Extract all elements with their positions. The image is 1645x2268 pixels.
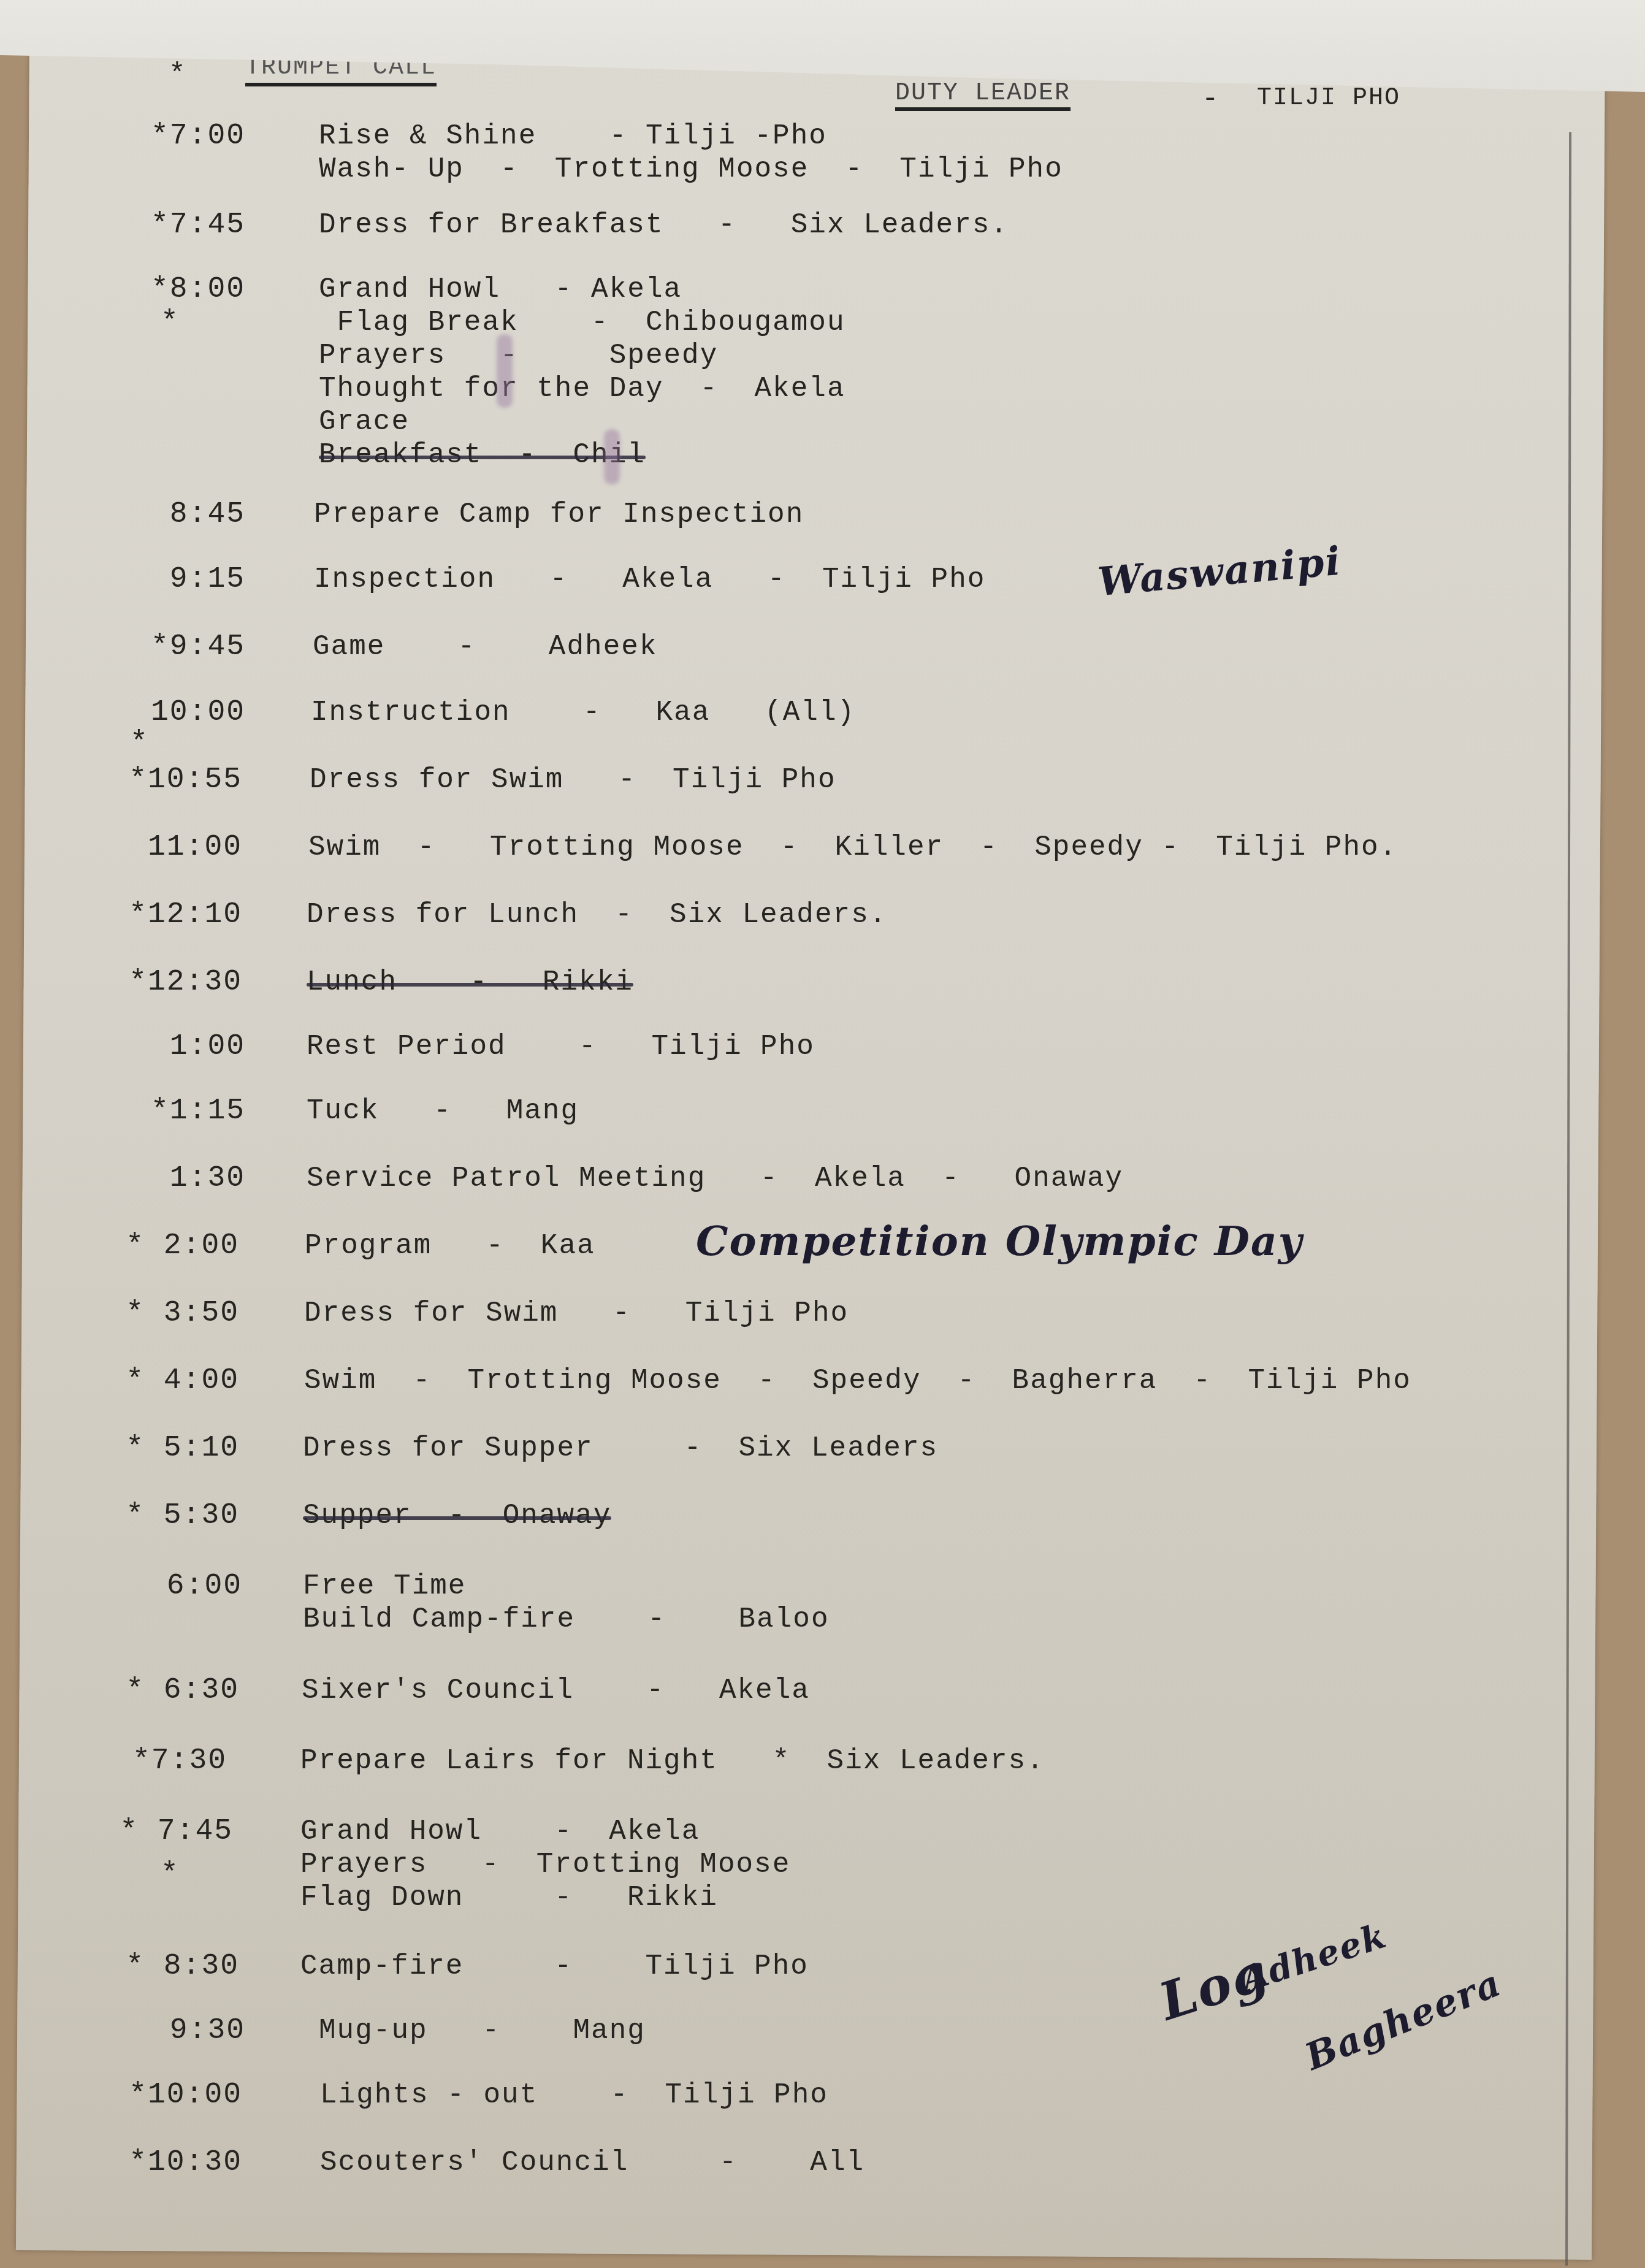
entry-time: 9:15 (92, 563, 245, 596)
entry-time: *8:00 (92, 273, 245, 306)
activity-line-struck: Breakfast - Chil (319, 438, 845, 472)
activity-line: Game - Adheek (313, 630, 658, 663)
activity-text: Tuck - Mang (307, 1095, 579, 1127)
activity-text: Rise & Shine - Tilji -Pho (319, 120, 827, 152)
entry-time: 8:45 (92, 498, 245, 531)
activity-line: Swim - Trotting Moose - Speedy - Bagherr… (304, 1364, 1411, 1397)
activity-text: Service Patrol Meeting - Akela - Onaway (307, 1163, 1123, 1194)
activity-line: Service Patrol Meeting - Akela - Onaway (307, 1162, 1123, 1195)
entry-activities: Service Patrol Meeting - Akela - Onaway (307, 1162, 1123, 1195)
entry-time: 6:00 (89, 1570, 242, 1603)
entry-activities: Dress for Swim - Tilji Pho (310, 763, 836, 796)
activity-text: Sixer's Council - Akela (302, 1674, 810, 1706)
activity-text: Mug-up - Mang (319, 2015, 646, 2047)
entry-activities: Mug-up - Mang (319, 2014, 646, 2047)
activity-line: Scouters' Council - All (320, 2146, 864, 2179)
activity-text: Camp-fire - Tilji Pho (300, 1950, 809, 1982)
entry-activities: Instruction - Kaa (All) (311, 696, 855, 729)
activity-line: Swim - Trotting Moose - Killer - Speedy … (308, 831, 1397, 864)
entry-time: 1:30 (92, 1162, 245, 1195)
entry-time: *9:45 (92, 630, 245, 663)
activity-text: Game - Adheek (313, 631, 658, 663)
entry-time: *10:00 (89, 2079, 242, 2112)
activity-text: Build Camp-fire - Baloo (303, 1603, 830, 1635)
activity-line: Program - Kaa (305, 1229, 595, 1262)
entry-extra-marker: * (130, 727, 149, 760)
entry-activities: Inspection - Akela - Tilji Pho (314, 563, 985, 596)
activity-line: Prepare Lairs for Night * Six Leaders. (300, 1744, 1045, 1777)
schedule-page: * TRUMPET CALL DUTY LEADER - TILJI PHO *… (0, 0, 1645, 2268)
entry-activities: Dress for Supper - Six Leaders (303, 1432, 938, 1465)
activity-text: Free Time (303, 1570, 466, 1602)
entry-activities: Supper - Onaway (303, 1499, 611, 1532)
activity-text: Supper - Onaway (303, 1499, 611, 1532)
activity-text: Prayers - Speedy (319, 340, 718, 372)
activity-line: Dress for Breakfast - Six Leaders. (319, 208, 1009, 242)
activity-text: Prayers - Trotting Moose (300, 1849, 790, 1880)
activity-text: Dress for Lunch - Six Leaders. (307, 899, 887, 931)
handwritten-signoff-bagheera: Bagheera (1299, 1961, 1508, 2079)
entry-activities: Prepare Camp for Inspection (314, 498, 804, 531)
entry-time: * 5:30 (86, 1499, 239, 1532)
activity-line: Thought for the Day - Akela (319, 372, 845, 405)
entry-time: *7:45 (92, 208, 245, 242)
entry-time: 9:30 (92, 2014, 245, 2047)
activity-text: Prepare Lairs for Night * Six Leaders. (300, 1745, 1045, 1777)
activity-text: Swim - Trotting Moose - Killer - Speedy … (308, 831, 1397, 863)
entry-time: 1:00 (92, 1030, 245, 1063)
activity-text: Program - Kaa (305, 1230, 595, 1262)
entry-time: *10:55 (89, 763, 242, 796)
activity-line: Prepare Camp for Inspection (314, 498, 804, 531)
activity-line: Dress for Swim - Tilji Pho (304, 1297, 849, 1330)
activity-line: Mug-up - Mang (319, 2014, 646, 2047)
entry-time: * 7:45 (80, 1815, 233, 1848)
entry-activities: Program - Kaa (305, 1229, 595, 1262)
entry-time: * 5:10 (86, 1432, 239, 1465)
activity-line: Rest Period - Tilji Pho (307, 1030, 815, 1063)
entry-time: * 6:30 (86, 1674, 239, 1707)
activity-line: Camp-fire - Tilji Pho (300, 1950, 809, 1983)
duty-leader-heading: DUTY LEADER (895, 80, 1071, 111)
ink-smudge (497, 334, 513, 408)
entry-time: 11:00 (89, 831, 242, 864)
entry-activities: Dress for Breakfast - Six Leaders. (319, 208, 1009, 242)
activity-text: Grand Howl - Akela (300, 1816, 700, 1847)
entry-activities: Dress for Lunch - Six Leaders. (307, 898, 887, 931)
activity-text: Instruction - Kaa (All) (311, 697, 855, 728)
entry-activities: Dress for Swim - Tilji Pho (304, 1297, 849, 1330)
entry-activities: Grand Howl - AkelaPrayers - Trotting Moo… (300, 1815, 790, 1914)
activity-line-struck: Lunch - Rikki (307, 966, 633, 999)
activity-text: Lights - out - Tilji Pho (320, 2079, 828, 2111)
entry-time: * 4:00 (86, 1364, 239, 1397)
activity-line: Rise & Shine - Tilji -Pho (319, 120, 1063, 153)
activity-text: Lunch - Rikki (307, 966, 633, 999)
activity-text: Grace (319, 406, 410, 438)
activity-text: Flag Break - Chibougamou (319, 307, 845, 338)
entry-activities: Prepare Lairs for Night * Six Leaders. (300, 1744, 1045, 1777)
entry-activities: Sixer's Council - Akela (302, 1674, 810, 1707)
activity-line: Prayers - Speedy (319, 339, 845, 372)
activity-line: Wash- Up - Trotting Moose - Tilji Pho (319, 153, 1063, 186)
entry-time: * 3:50 (86, 1297, 239, 1330)
activity-text: Thought for the Day - Akela (319, 373, 845, 405)
activity-text: Wash- Up - Trotting Moose - Tilji Pho (319, 153, 1063, 185)
activity-line: Free Time (303, 1570, 830, 1603)
activity-line: Lights - out - Tilji Pho (320, 2079, 828, 2112)
entry-time: *12:30 (89, 966, 242, 999)
activity-line: Dress for Swim - Tilji Pho (310, 763, 836, 796)
activity-line: Grace (319, 405, 845, 438)
entry-time: 10:00 (92, 696, 245, 729)
activity-text: Flag Down - Rikki (300, 1882, 718, 1914)
handwritten-signoff-adheek: Adheek (1236, 1915, 1392, 2001)
activity-line: Dress for Supper - Six Leaders (303, 1432, 938, 1465)
activity-line: Sixer's Council - Akela (302, 1674, 810, 1707)
entry-activities: Rest Period - Tilji Pho (307, 1030, 815, 1063)
entry-activities: Camp-fire - Tilji Pho (300, 1950, 809, 1983)
entry-time: *7:00 (92, 120, 245, 153)
entry-time: *1:15 (92, 1094, 245, 1128)
entry-activities: Swim - Trotting Moose - Killer - Speedy … (308, 831, 1397, 864)
entry-extra-marker: * (161, 306, 180, 339)
activity-text: Rest Period - Tilji Pho (307, 1031, 815, 1063)
entry-time: *10:30 (89, 2146, 242, 2179)
activity-line: Flag Break - Chibougamou (319, 306, 845, 339)
activity-line: Build Camp-fire - Baloo (303, 1603, 830, 1636)
handwritten-note-olympic-day: Competition Olympic Day (696, 1217, 1303, 1265)
entry-activities: Scouters' Council - All (320, 2146, 864, 2179)
activity-text: Breakfast - Chil (319, 438, 646, 472)
activity-text: Dress for Supper - Six Leaders (303, 1432, 938, 1464)
activity-text: Grand Howl - Akela (319, 273, 682, 305)
entry-activities: Lights - out - Tilji Pho (320, 2079, 828, 2112)
activity-text: Dress for Breakfast - Six Leaders. (319, 209, 1009, 241)
entry-activities: Game - Adheek (313, 630, 658, 663)
activity-line-struck: Supper - Onaway (303, 1499, 611, 1532)
duty-leader-name: TILJI PHO (1257, 85, 1400, 112)
entry-activities: Free TimeBuild Camp-fire - Baloo (303, 1570, 830, 1636)
activity-line: Flag Down - Rikki (300, 1881, 790, 1914)
activity-text: Dress for Swim - Tilji Pho (310, 764, 836, 796)
activity-text: Scouters' Council - All (320, 2147, 864, 2178)
entry-activities: Swim - Trotting Moose - Speedy - Bagherr… (304, 1364, 1411, 1397)
entry-time: *12:10 (89, 898, 242, 931)
activity-line: Dress for Lunch - Six Leaders. (307, 898, 887, 931)
entry-activities: Grand Howl - Akela Flag Break - Chibouga… (319, 273, 845, 472)
activity-line: Grand Howl - Akela (300, 1815, 790, 1848)
entry-time: * 8:30 (86, 1950, 239, 1983)
handwritten-note-waswanipi: Waswanipi (1096, 538, 1343, 605)
entry-extra-marker: * (161, 1858, 180, 1891)
activity-line: Instruction - Kaa (All) (311, 696, 855, 729)
activity-text: Dress for Swim - Tilji Pho (304, 1297, 849, 1329)
activity-line: Grand Howl - Akela (319, 273, 845, 306)
entry-activities: Tuck - Mang (307, 1094, 579, 1128)
entry-activities: Lunch - Rikki (307, 966, 633, 999)
entry-time: * 2:00 (86, 1229, 239, 1262)
activity-line: Prayers - Trotting Moose (300, 1848, 790, 1881)
activity-line: Tuck - Mang (307, 1094, 579, 1128)
activity-text: Swim - Trotting Moose - Speedy - Bagherr… (304, 1365, 1411, 1397)
activity-text: Inspection - Akela - Tilji Pho (314, 563, 985, 595)
activity-text: Prepare Camp for Inspection (314, 498, 804, 530)
ink-smudge (604, 429, 620, 484)
entry-time: *7:30 (74, 1744, 227, 1777)
entry-activities: Rise & Shine - Tilji -PhoWash- Up - Trot… (319, 120, 1063, 186)
header-marker: * (169, 59, 187, 91)
activity-line: Inspection - Akela - Tilji Pho (314, 563, 985, 596)
header-separator: - (1202, 83, 1220, 115)
